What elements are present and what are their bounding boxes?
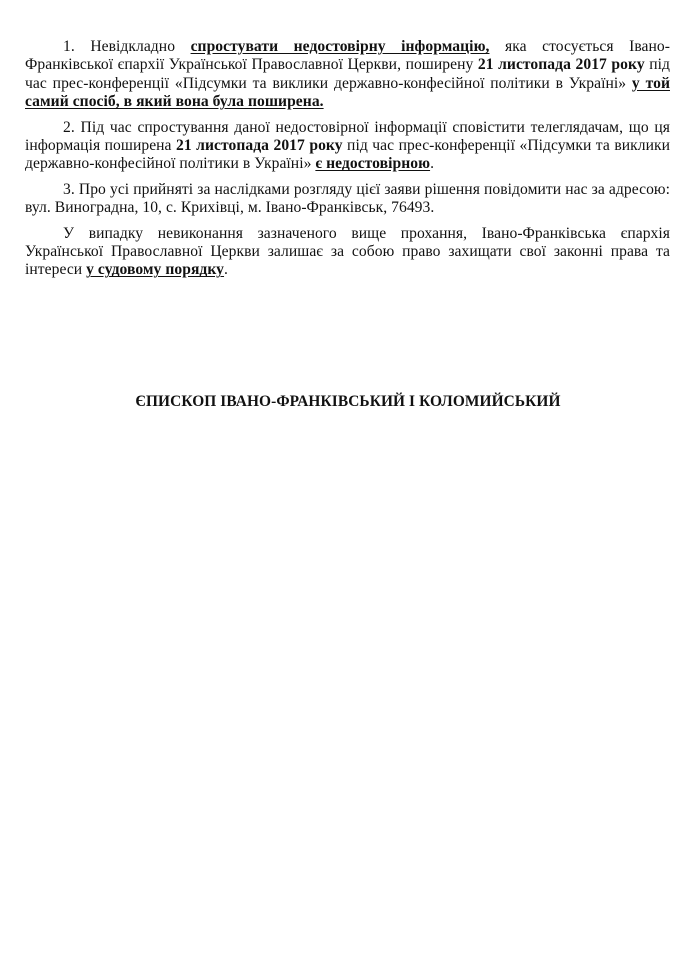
signature-title: ЄПИСКОП ІВАНО-ФРАНКІВСЬКИЙ І КОЛОМИЙСЬКИ…	[0, 393, 696, 411]
emphasized-text-run: є недостовірною	[315, 155, 430, 172]
text-run: .	[224, 261, 228, 278]
emphasized-text-run: спростувати недостовірну інформацію,	[191, 38, 490, 55]
paragraph-1-refute-request: 1. Невідкладно спростувати недостовірну …	[25, 38, 670, 112]
document-body: 1. Невідкладно спростувати недостовірну …	[25, 38, 670, 287]
emphasized-text-run: у судовому порядку	[86, 261, 224, 278]
paragraph-2-notify-viewers: 2. Під час спростування даної недостовір…	[25, 119, 670, 174]
paragraph-3-reply-address: 3. Про усі прийняті за наслідками розгля…	[25, 181, 670, 218]
text-run: 1. Невідкладно	[63, 38, 191, 55]
text-run: .	[430, 155, 434, 172]
paragraph-legal-warning: У випадку невиконання зазначеного вище п…	[25, 225, 670, 280]
emphasized-text-run: 21 листопада 2017 року	[478, 56, 645, 73]
emphasized-text-run: 21 листопада 2017 року	[176, 137, 343, 154]
text-run: 3. Про усі прийняті за наслідками розгля…	[25, 181, 670, 216]
